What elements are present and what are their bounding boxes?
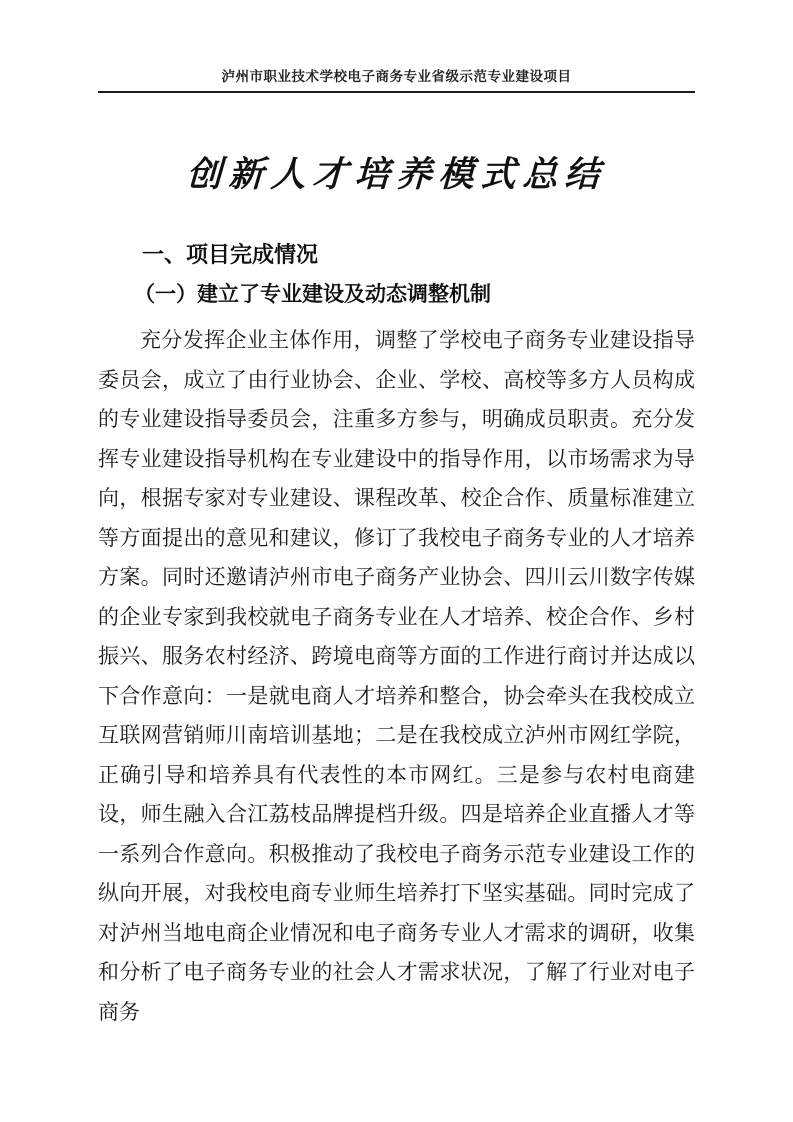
page-content: 泸州市职业技术学校电子商务专业省级示范专业建设项目 创新人才培养模式总结 一、项… xyxy=(98,0,695,1032)
subsection-heading: （一）建立了专业建设及动态调整机制 xyxy=(98,275,695,315)
section-heading: 一、项目完成情况 xyxy=(98,235,695,275)
running-head-text: 泸州市职业技术学校电子商务专业省级示范专业建设项目 xyxy=(98,68,695,86)
page-header: 泸州市职业技术学校电子商务专业省级示范专业建设项目 xyxy=(98,0,695,93)
document-page: 泸州市职业技术学校电子商务专业省级示范专业建设项目 创新人才培养模式总结 一、项… xyxy=(0,0,793,1122)
body-paragraph: 充分发挥企业主体作用，调整了学校电子商务专业建设指导委员会，成立了由行业协会、企… xyxy=(98,321,695,1032)
document-title: 创新人才培养模式总结 xyxy=(97,149,696,201)
